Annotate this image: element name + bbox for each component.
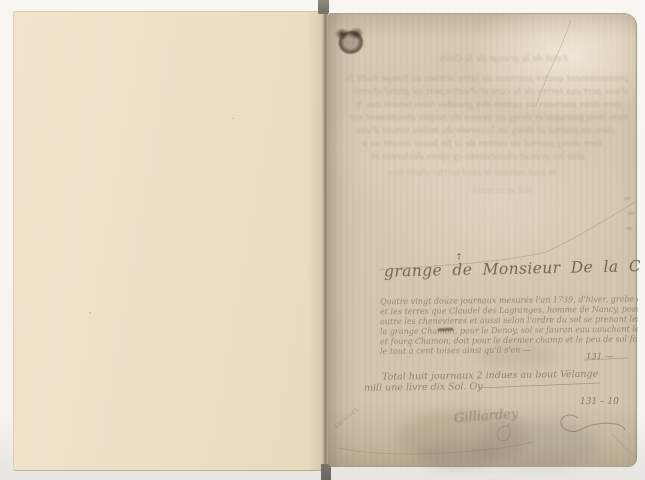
bleedthrough-line: item un journal et demy en la corvée du … bbox=[356, 126, 614, 137]
paper-stain bbox=[478, 419, 598, 469]
page-heading: grange de Monsieur De la Croix bbox=[384, 257, 640, 280]
paper-speck bbox=[232, 118, 234, 119]
total-line: mill une livre dix Sol. Oy bbox=[364, 381, 484, 394]
bleedthrough-line: item deux journaux au canton des grandes… bbox=[356, 100, 622, 111]
manuscript-line: et fourg Chamon, doit pour le dernier ch… bbox=[380, 335, 638, 347]
paper-stain bbox=[418, 442, 498, 470]
bleedthrough-line: Estat de la grange de la Croix bbox=[398, 54, 568, 65]
edge-smudge bbox=[628, 212, 634, 215]
ink-seal-stamp bbox=[329, 19, 372, 62]
bleedthrough-line: item demy journal au canton de la fin ba… bbox=[362, 139, 602, 150]
line-amount: 131 — bbox=[586, 352, 613, 362]
bleedthrough-line: le tout suivant le pied terrier dudit li… bbox=[386, 168, 556, 179]
archive-stamp: ARCHIVES ····· bbox=[334, 408, 363, 435]
signature: Gilliardey bbox=[454, 407, 519, 426]
scan-background: Estat de la grange de la Croix premierem… bbox=[0, 0, 645, 480]
paper-speck bbox=[89, 312, 91, 314]
edge-smudge bbox=[624, 197, 630, 200]
bleedthrough-line: fait et arresté bbox=[412, 186, 532, 197]
bleedthrough-line: premierement quatre journaux de terre sc… bbox=[346, 74, 628, 85]
left-page bbox=[13, 11, 323, 471]
grand-total-amount: 131 – 10 bbox=[580, 397, 619, 407]
total-line: Total huit journaux 2 indues au bout Vél… bbox=[382, 368, 634, 383]
bleedthrough-line: d'une part aux terres de la cure et d'au… bbox=[352, 87, 628, 98]
bleedthrough-line: item trois journaux et demy au dessus du… bbox=[348, 113, 628, 124]
edge-smudge bbox=[626, 227, 632, 230]
spine-tab-top bbox=[318, 0, 329, 14]
right-page: Estat de la grange de la Croix premierem… bbox=[328, 13, 637, 467]
manuscript-line: le tout à cent toises ainsi qu'il s'en — bbox=[380, 345, 580, 356]
bleedthrough-line: plus les prés et chenevieres cy après dé… bbox=[370, 152, 585, 163]
heading-cross-mark: † bbox=[457, 252, 461, 261]
